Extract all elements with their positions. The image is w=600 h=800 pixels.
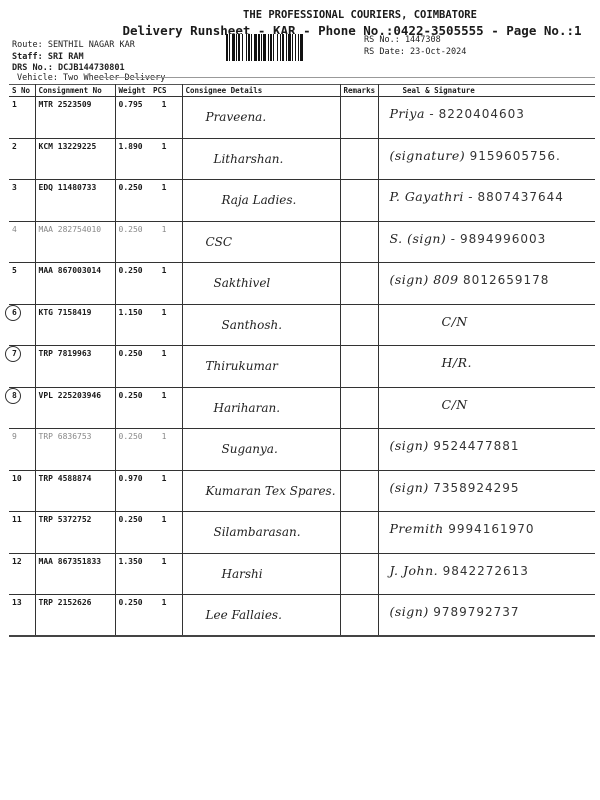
signature-text: J. John.: [390, 563, 439, 578]
weight-value: 0.250: [119, 598, 143, 607]
pcs-value: 1: [162, 183, 167, 192]
cell-sno: 7: [9, 346, 35, 388]
cell-remarks: [340, 97, 378, 139]
signature-text: Priya -: [390, 106, 435, 121]
cell-sno: 2: [9, 138, 35, 180]
cell-signature: J. John. 9842272613: [378, 553, 595, 595]
weight-value: 0.250: [119, 391, 143, 400]
consignee-handwriting: Lee Fallaies.: [186, 608, 337, 622]
pcs-value: 1: [162, 391, 167, 400]
cell-sno: 4: [9, 221, 35, 263]
cell-signature: S. (sign) - 9894996003: [378, 221, 595, 263]
cell-signature: (sign) 9524477881: [378, 429, 595, 471]
header-divider: [100, 77, 595, 78]
vehicle-label: Vehicle: Two Wheeler Delivery: [17, 73, 165, 83]
pcs-value: 1: [162, 142, 167, 151]
cell-consignee: Litharshan.: [182, 138, 340, 180]
cell-consignment: TRP 5372752: [35, 512, 115, 554]
sno-value: 10: [12, 474, 22, 483]
table-row: 7 TRP 7819963 0.2501 Thirukumar H/R.: [9, 346, 595, 388]
pcs-value: 1: [162, 432, 167, 441]
cell-consignee: Lee Fallaies.: [182, 595, 340, 637]
sno-value: 11: [12, 515, 22, 524]
table-row: 6 KTG 7158419 1.1501 Santhosh. C/N: [9, 304, 595, 346]
cell-sno: 1: [9, 97, 35, 139]
sno-value: 5: [12, 266, 17, 275]
cell-signature: (sign) 9789792737: [378, 595, 595, 637]
col-header-weight-pcs: WeightPCS: [115, 85, 182, 97]
weight-value: 1.350: [119, 557, 143, 566]
cell-weight-pcs: 1.8901: [115, 138, 182, 180]
cell-remarks: [340, 429, 378, 471]
table-row: 8 VPL 225203946 0.2501 Hariharan. C/N: [9, 387, 595, 429]
cell-sno: 5: [9, 263, 35, 305]
table-row: 4 MAA 282754010 0.2501 CSC S. (sign) - 9…: [9, 221, 595, 263]
signature-handwriting: Premith 9994161970: [382, 521, 593, 536]
cell-remarks: [340, 304, 378, 346]
consignee-handwriting: Suganya.: [186, 442, 337, 456]
consignee-handwriting: Praveena.: [186, 110, 337, 124]
sno-value: 12: [12, 557, 22, 566]
table-row: 10 TRP 4588874 0.9701 Kumaran Tex Spares…: [9, 470, 595, 512]
route-label: Route: SENTHIL NAGAR KAR: [12, 40, 135, 50]
cell-sno: 12: [9, 553, 35, 595]
col-header-signature-label: Seal & Signature: [403, 86, 475, 95]
cell-signature: (signature) 9159605756.: [378, 138, 595, 180]
signature-handwriting: (sign) 9789792737: [382, 604, 593, 619]
pcs-value: 1: [162, 308, 167, 317]
consignee-handwriting: CSC: [186, 235, 337, 249]
cell-consignee: Thirukumar: [182, 346, 340, 388]
cell-consignment: EDQ 11480733: [35, 180, 115, 222]
cell-consignment: MAA 867351833: [35, 553, 115, 595]
phone-number: 7358924295: [433, 481, 519, 495]
signature-handwriting: C/N: [382, 397, 593, 412]
cell-consignee: Hariharan.: [182, 387, 340, 429]
table-row: 9 TRP 6836753 0.2501 Suganya. (sign) 952…: [9, 429, 595, 471]
pcs-value: 1: [162, 266, 167, 275]
cell-weight-pcs: 0.2501: [115, 429, 182, 471]
sno-value: 9: [12, 432, 17, 441]
phone-number: 9789792737: [433, 605, 519, 619]
sno-value: 3: [12, 183, 17, 192]
cell-remarks: [340, 470, 378, 512]
pcs-value: 1: [162, 100, 167, 109]
cell-consignment: VPL 225203946: [35, 387, 115, 429]
signature-handwriting: (sign) 9524477881: [382, 438, 593, 453]
table-row: 13 TRP 2152626 0.2501 Lee Fallaies. (sig…: [9, 595, 595, 637]
cell-consignee: Suganya.: [182, 429, 340, 471]
consignee-handwriting: Santhosh.: [186, 318, 337, 332]
table-row: 11 TRP 5372752 0.2501 Silambarasan. Prem…: [9, 512, 595, 554]
cell-sno: 8: [9, 387, 35, 429]
cell-signature: H/R.: [378, 346, 595, 388]
cell-consignee: Praveena.: [182, 97, 340, 139]
phone-number: 9524477881: [433, 439, 519, 453]
weight-value: 0.250: [119, 183, 143, 192]
cell-consignee: Raja Ladies.: [182, 180, 340, 222]
signature-text: (sign): [390, 480, 429, 495]
signature-handwriting: Priya - 8220404603: [382, 106, 593, 121]
cell-sno: 11: [9, 512, 35, 554]
consignee-handwriting: Sakthivel: [186, 276, 337, 290]
signature-text: C/N: [442, 314, 468, 329]
col-header-signature: Seal & Signature: [378, 85, 595, 97]
cell-consignment: KCM 13229225: [35, 138, 115, 180]
signature-text: S. (sign) -: [390, 231, 456, 246]
cell-remarks: [340, 180, 378, 222]
cell-remarks: [340, 263, 378, 305]
sno-value: 13: [12, 598, 22, 607]
signature-handwriting: (sign) 7358924295: [382, 480, 593, 495]
table-row: 12 MAA 867351833 1.3501 Harshi J. John. …: [9, 553, 595, 595]
weight-value: 0.250: [119, 432, 143, 441]
company-title: THE PROFESSIONAL COURIERS, COIMBATORE: [60, 9, 600, 21]
phone-number: 9994161970: [448, 522, 534, 536]
phone-number: 8012659178: [463, 273, 549, 287]
circle-mark-icon: [5, 346, 21, 362]
sno-value: 1: [12, 100, 17, 109]
signature-text: P. Gayathri -: [390, 189, 474, 204]
cell-consignee: Harshi: [182, 553, 340, 595]
signature-text: C/N: [442, 397, 468, 412]
weight-value: 0.250: [119, 266, 143, 275]
cell-consignment: MAA 282754010: [35, 221, 115, 263]
phone-number: 8220404603: [439, 107, 525, 121]
rs-number: RS No.: 1447308: [364, 35, 441, 45]
cell-weight-pcs: 0.9701: [115, 470, 182, 512]
cell-consignment: MAA 867003014: [35, 263, 115, 305]
col-header-weight: Weight: [119, 86, 146, 95]
cell-consignment: MTR 2523509: [35, 97, 115, 139]
weight-value: 1.150: [119, 308, 143, 317]
table-row: 2 KCM 13229225 1.8901 Litharshan. (signa…: [9, 138, 595, 180]
cell-weight-pcs: 0.2501: [115, 221, 182, 263]
cell-weight-pcs: 1.1501: [115, 304, 182, 346]
signature-text: (sign): [390, 438, 429, 453]
cell-weight-pcs: 0.2501: [115, 180, 182, 222]
circle-mark-icon: [5, 305, 21, 321]
rs-date: RS Date: 23-Oct-2024: [364, 47, 466, 57]
cell-remarks: [340, 595, 378, 637]
cell-weight-pcs: 0.2501: [115, 346, 182, 388]
weight-value: 0.250: [119, 515, 143, 524]
col-header-remarks: Remarks: [340, 85, 378, 97]
pcs-value: 1: [162, 515, 167, 524]
signature-handwriting: (sign) 809 8012659178: [382, 272, 593, 287]
sno-value: 2: [12, 142, 17, 151]
col-header-consignment: Consignment No: [35, 85, 115, 97]
signature-text: (signature): [390, 148, 466, 163]
cell-signature: P. Gayathri - 8807437644: [378, 180, 595, 222]
phone-number: 9159605756.: [470, 149, 561, 163]
cell-weight-pcs: 0.2501: [115, 263, 182, 305]
cell-signature: (sign) 7358924295: [378, 470, 595, 512]
col-header-sno: S No: [9, 85, 35, 97]
consignee-handwriting: Harshi: [186, 567, 337, 581]
weight-value: 1.890: [119, 142, 143, 151]
weight-value: 0.795: [119, 100, 143, 109]
signature-text: Premith: [390, 521, 444, 536]
cell-weight-pcs: 0.2501: [115, 387, 182, 429]
sno-value: 4: [12, 225, 17, 234]
cell-remarks: [340, 553, 378, 595]
cell-remarks: [340, 346, 378, 388]
cell-weight-pcs: 1.3501: [115, 553, 182, 595]
cell-signature: Priya - 8220404603: [378, 97, 595, 139]
cell-signature: C/N: [378, 387, 595, 429]
staff-label: Staff: SRI RAM: [12, 52, 84, 62]
cell-consignment: TRP 7819963: [35, 346, 115, 388]
cell-sno: 9: [9, 429, 35, 471]
signature-text: H/R.: [442, 355, 473, 370]
signature-text: (sign) 809: [390, 272, 459, 287]
consignee-handwriting: Kumaran Tex Spares.: [186, 484, 337, 498]
pcs-value: 1: [162, 557, 167, 566]
signature-handwriting: (signature) 9159605756.: [382, 148, 593, 163]
table-row: 1 MTR 2523509 0.7951 Praveena. Priya - 8…: [9, 97, 595, 139]
consignee-handwriting: Thirukumar: [186, 359, 337, 373]
pcs-value: 1: [162, 598, 167, 607]
cell-consignee: Kumaran Tex Spares.: [182, 470, 340, 512]
pcs-value: 1: [162, 225, 167, 234]
cell-sno: 3: [9, 180, 35, 222]
cell-consignee: Santhosh.: [182, 304, 340, 346]
cell-weight-pcs: 0.2501: [115, 512, 182, 554]
phone-number: 8807437644: [478, 190, 564, 204]
cell-consignee: CSC: [182, 221, 340, 263]
cell-sno: 13: [9, 595, 35, 637]
cell-consignment: TRP 2152626: [35, 595, 115, 637]
weight-value: 0.250: [119, 225, 143, 234]
cell-sno: 10: [9, 470, 35, 512]
pcs-value: 1: [162, 349, 167, 358]
signature-text: (sign): [390, 604, 429, 619]
cell-consignment: TRP 4588874: [35, 470, 115, 512]
signature-handwriting: P. Gayathri - 8807437644: [382, 189, 593, 204]
consignee-handwriting: Litharshan.: [186, 152, 337, 166]
signature-handwriting: C/N: [382, 314, 593, 329]
signature-handwriting: S. (sign) - 9894996003: [382, 231, 593, 246]
cell-signature: (sign) 809 8012659178: [378, 263, 595, 305]
weight-value: 0.250: [119, 349, 143, 358]
weight-value: 0.970: [119, 474, 143, 483]
phone-number: 9894996003: [460, 232, 546, 246]
cell-weight-pcs: 0.2501: [115, 595, 182, 637]
runsheet-table: S No Consignment No WeightPCS Consignee …: [9, 84, 595, 637]
consignee-handwriting: Silambarasan.: [186, 525, 337, 539]
pcs-value: 1: [162, 474, 167, 483]
consignee-handwriting: Hariharan.: [186, 401, 337, 415]
table-row: 3 EDQ 11480733 0.2501 Raja Ladies. P. Ga…: [9, 180, 595, 222]
consignee-handwriting: Raja Ladies.: [186, 193, 337, 207]
col-header-consignee: Consignee Details: [182, 85, 340, 97]
drs-number: DRS No.: DCJB144730801: [12, 63, 125, 73]
barcode: [226, 34, 358, 61]
cell-consignee: Silambarasan.: [182, 512, 340, 554]
cell-weight-pcs: 0.7951: [115, 97, 182, 139]
cell-consignee: Sakthivel: [182, 263, 340, 305]
cell-remarks: [340, 512, 378, 554]
cell-consignment: KTG 7158419: [35, 304, 115, 346]
cell-remarks: [340, 221, 378, 263]
cell-remarks: [340, 387, 378, 429]
circle-mark-icon: [5, 388, 21, 404]
cell-consignment: TRP 6836753: [35, 429, 115, 471]
cell-remarks: [340, 138, 378, 180]
cell-sno: 6: [9, 304, 35, 346]
cell-signature: Premith 9994161970: [378, 512, 595, 554]
phone-number: 9842272613: [443, 564, 529, 578]
table-header-row: S No Consignment No WeightPCS Consignee …: [9, 85, 595, 97]
signature-handwriting: H/R.: [382, 355, 593, 370]
signature-handwriting: J. John. 9842272613: [382, 563, 593, 578]
col-header-pcs: PCS: [153, 86, 167, 95]
table-row: 5 MAA 867003014 0.2501 Sakthivel (sign) …: [9, 263, 595, 305]
cell-signature: C/N: [378, 304, 595, 346]
